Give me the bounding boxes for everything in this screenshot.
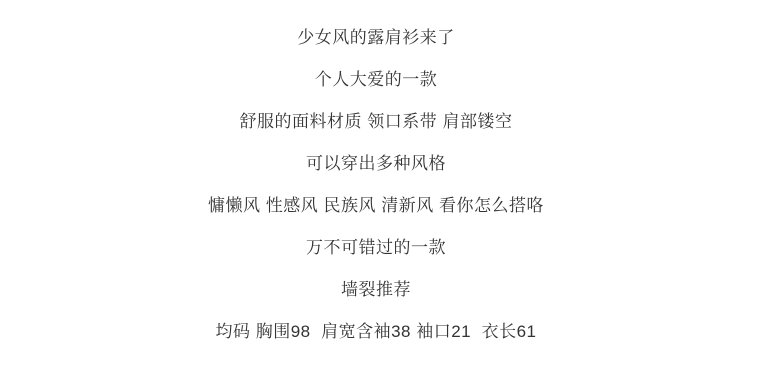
description-line-favorite: 个人大爱的一款 <box>0 59 752 101</box>
description-line-measurements: 均码 胸围98 肩宽含袖38 袖口21 衣长61 <box>0 311 752 353</box>
description-line-recommend: 墙裂推荐 <box>0 269 752 311</box>
description-line-must-have: 万不可错过的一款 <box>0 227 752 269</box>
product-description: 少女风的露肩衫来了 个人大爱的一款 舒服的面料材质 领口系带 肩部镂空 可以穿出… <box>0 0 752 353</box>
description-line-material: 舒服的面料材质 领口系带 肩部镂空 <box>0 101 752 143</box>
description-line-title: 少女风的露肩衫来了 <box>0 17 752 59</box>
description-line-style-list: 慵懒风 性感风 民族风 清新风 看你怎么搭咯 <box>0 185 752 227</box>
description-line-styles: 可以穿出多种风格 <box>0 143 752 185</box>
